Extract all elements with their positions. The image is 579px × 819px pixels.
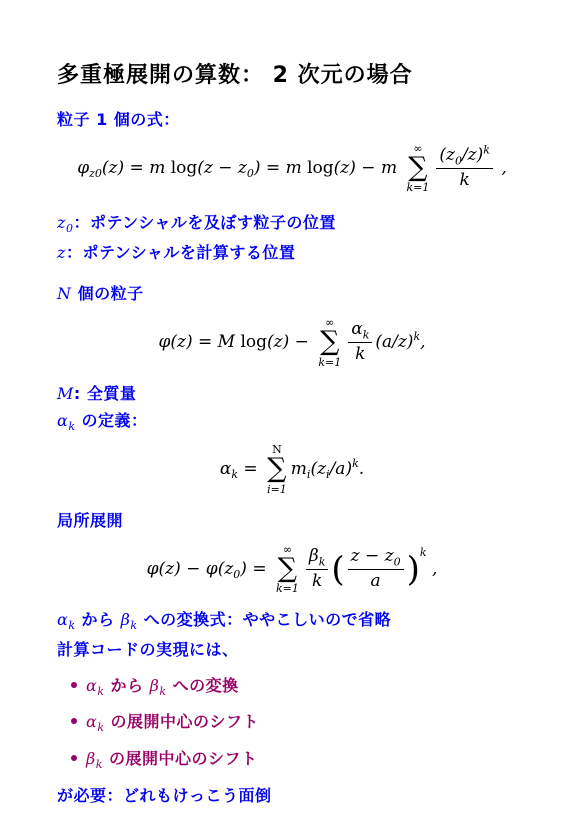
math-symbol-alpha: α xyxy=(57,411,68,430)
math-text: α xyxy=(220,459,231,479)
math-text: φ xyxy=(77,158,89,178)
bullet-text: から xyxy=(104,676,149,695)
math-text: = xyxy=(238,459,263,479)
bullet-text: への変換 xyxy=(167,676,239,695)
line-text: 個の粒子 xyxy=(72,284,144,303)
math-text: (z) − m xyxy=(334,158,403,178)
math-text: z − z xyxy=(351,546,394,566)
math-superscript: k xyxy=(420,546,427,559)
math-text: φ(z) − φ(z xyxy=(147,559,234,579)
sum-lower-limit: k=1 xyxy=(318,357,341,368)
fraction-numerator: (z0/z)k xyxy=(436,146,493,169)
math-symbol-z0: z xyxy=(57,213,66,232)
math-text: /a) xyxy=(330,459,353,479)
heading-local-expansion: 局所展開 xyxy=(57,509,527,532)
sum-lower-limit: k=1 xyxy=(276,583,299,594)
formula-multipole-expansion: φ(z) = M log(z) − ∞∑k=1αkk(a/z)k, xyxy=(57,317,527,368)
line-text: の定義： xyxy=(75,411,147,430)
bullet-icon xyxy=(71,682,77,688)
math-symbol-beta: β xyxy=(150,676,160,695)
math-operator-log: log xyxy=(240,332,267,352)
line-text: への変換式：ややこしいので省略 xyxy=(138,610,392,629)
bullet-list: αk から βk への変換 αk の展開中心のシフト βk の展開中心のシフト xyxy=(57,675,527,770)
bullet-text: の展開中心のシフト xyxy=(104,712,259,731)
math-superscript: k xyxy=(352,457,359,470)
math-symbol-z: z xyxy=(57,243,66,262)
math-text: (z xyxy=(310,459,326,479)
math-text: , xyxy=(420,332,425,352)
bullet-icon xyxy=(71,755,77,761)
bullet-item-alpha-shift: αk の展開中心のシフト xyxy=(71,711,527,733)
math-symbol-N: N xyxy=(57,284,72,303)
formula-local-expansion: φ(z) − φ(z0) = ∞∑k=1βkk(z − z0a)k , xyxy=(57,544,527,595)
sigma-icon: ∑ xyxy=(320,329,339,355)
math-operator-log: log xyxy=(307,158,334,178)
math-text: , xyxy=(427,559,438,579)
math-symbol-alpha: α xyxy=(86,712,97,731)
bullet-item-beta-shift: βk の展開中心のシフト xyxy=(71,748,527,770)
math-symbol-M: M xyxy=(57,384,74,403)
line-alpha-definition: αk の定義： xyxy=(57,409,527,432)
sigma-icon: ∑ xyxy=(267,456,286,482)
math-subscript: k xyxy=(231,468,238,481)
right-paren-icon: ) xyxy=(407,549,420,589)
bullet-icon xyxy=(71,718,77,724)
bullet-text: の展開中心のシフト xyxy=(103,749,258,768)
line-total-mass: M: 全質量 xyxy=(57,382,527,405)
page-title: 多重極展開の算数： 2 次元の場合 xyxy=(57,62,527,90)
math-text: α xyxy=(351,319,362,339)
math-subscript: 0 xyxy=(394,555,401,568)
line-text: ：ポテンシャルを及ぼす粒子の位置 xyxy=(73,213,335,232)
math-symbol-alpha: α xyxy=(57,610,68,629)
fraction-numerator: z − z0 xyxy=(348,547,404,570)
fraction-numerator: αk xyxy=(348,320,372,343)
heading-single-particle-formula: 粒子 1 個の式： xyxy=(57,108,527,131)
math-operator-log: log xyxy=(171,158,198,178)
line-alpha-beta-conversion: αk から βk への変換式：ややこしいので省略 xyxy=(57,608,527,631)
math-text: ) = m xyxy=(254,158,307,178)
math-text: m xyxy=(291,459,307,479)
fraction: z − z0a xyxy=(348,547,404,591)
summation-icon: N∑i=1 xyxy=(267,444,287,495)
fraction: (z0/z)kk xyxy=(436,146,493,190)
line-text: : 全質量 xyxy=(74,384,136,403)
math-subscript: k xyxy=(319,555,326,568)
bullet-item-conversion: αk から βk への変換 xyxy=(71,675,527,697)
line-text: から xyxy=(75,610,120,629)
math-symbol-beta: β xyxy=(121,610,131,629)
sum-lower-limit: k=1 xyxy=(406,182,429,193)
fraction-numerator: βk xyxy=(306,547,329,570)
fraction: αkk xyxy=(348,320,372,364)
line-z0-description: z0：ポテンシャルを及ぼす粒子の位置 xyxy=(57,211,527,234)
math-text: /z) xyxy=(462,145,483,165)
sum-lower-limit: i=1 xyxy=(267,484,287,495)
math-text: . xyxy=(359,459,364,479)
fraction-denominator: k xyxy=(460,169,470,191)
math-text: (z xyxy=(439,145,455,165)
fraction-denominator: k xyxy=(355,343,365,365)
math-subscript: z0 xyxy=(89,167,102,180)
summation-icon: ∞∑k=1 xyxy=(276,544,299,595)
math-text: ) = xyxy=(240,559,272,579)
math-subscript: k xyxy=(159,685,166,698)
line-z-description: z：ポテンシャルを計算する位置 xyxy=(57,241,527,264)
left-paren-icon: ( xyxy=(331,549,344,589)
fraction-denominator: k xyxy=(312,570,322,592)
math-text: (a/z) xyxy=(375,332,413,352)
math-text: , xyxy=(496,158,507,178)
line-text: ：ポテンシャルを計算する位置 xyxy=(66,243,295,262)
fraction-denominator: a xyxy=(371,570,381,592)
heading-n-particles: N 個の粒子 xyxy=(57,282,527,305)
sigma-icon: ∑ xyxy=(408,155,427,181)
math-subscript: k xyxy=(363,329,370,342)
line-implementation: 計算コードの実現には、 xyxy=(57,638,527,661)
formula-alpha-definition: αk = N∑i=1mi(zi/a)k. xyxy=(57,444,527,495)
math-symbol-beta: β xyxy=(86,749,96,768)
sigma-icon: ∑ xyxy=(278,556,297,582)
summation-icon: ∞∑k=1 xyxy=(406,143,429,194)
math-text: (z) = m xyxy=(102,158,171,178)
math-superscript: k xyxy=(483,143,490,156)
math-subscript: 0 xyxy=(247,167,254,180)
math-text: β xyxy=(309,546,319,566)
summation-icon: ∞∑k=1 xyxy=(318,317,341,368)
math-subscript: k xyxy=(130,620,137,633)
slide-page: 多重極展開の算数： 2 次元の場合 粒子 1 個の式： φz0(z) = m l… xyxy=(0,0,579,819)
math-subscript: k xyxy=(96,758,103,771)
math-text: (z) − xyxy=(267,332,314,352)
math-subscript: 0 xyxy=(455,154,462,167)
formula-single-particle-potential: φz0(z) = m log(z − z0) = m log(z) − m ∞∑… xyxy=(57,143,527,194)
math-text: (z − z xyxy=(197,158,247,178)
math-text: φ(z) = M xyxy=(158,332,240,352)
line-required-conclusion: が必要：どれもけっこう面倒 xyxy=(57,784,527,807)
math-symbol-alpha: α xyxy=(86,676,97,695)
fraction: βkk xyxy=(306,547,329,591)
